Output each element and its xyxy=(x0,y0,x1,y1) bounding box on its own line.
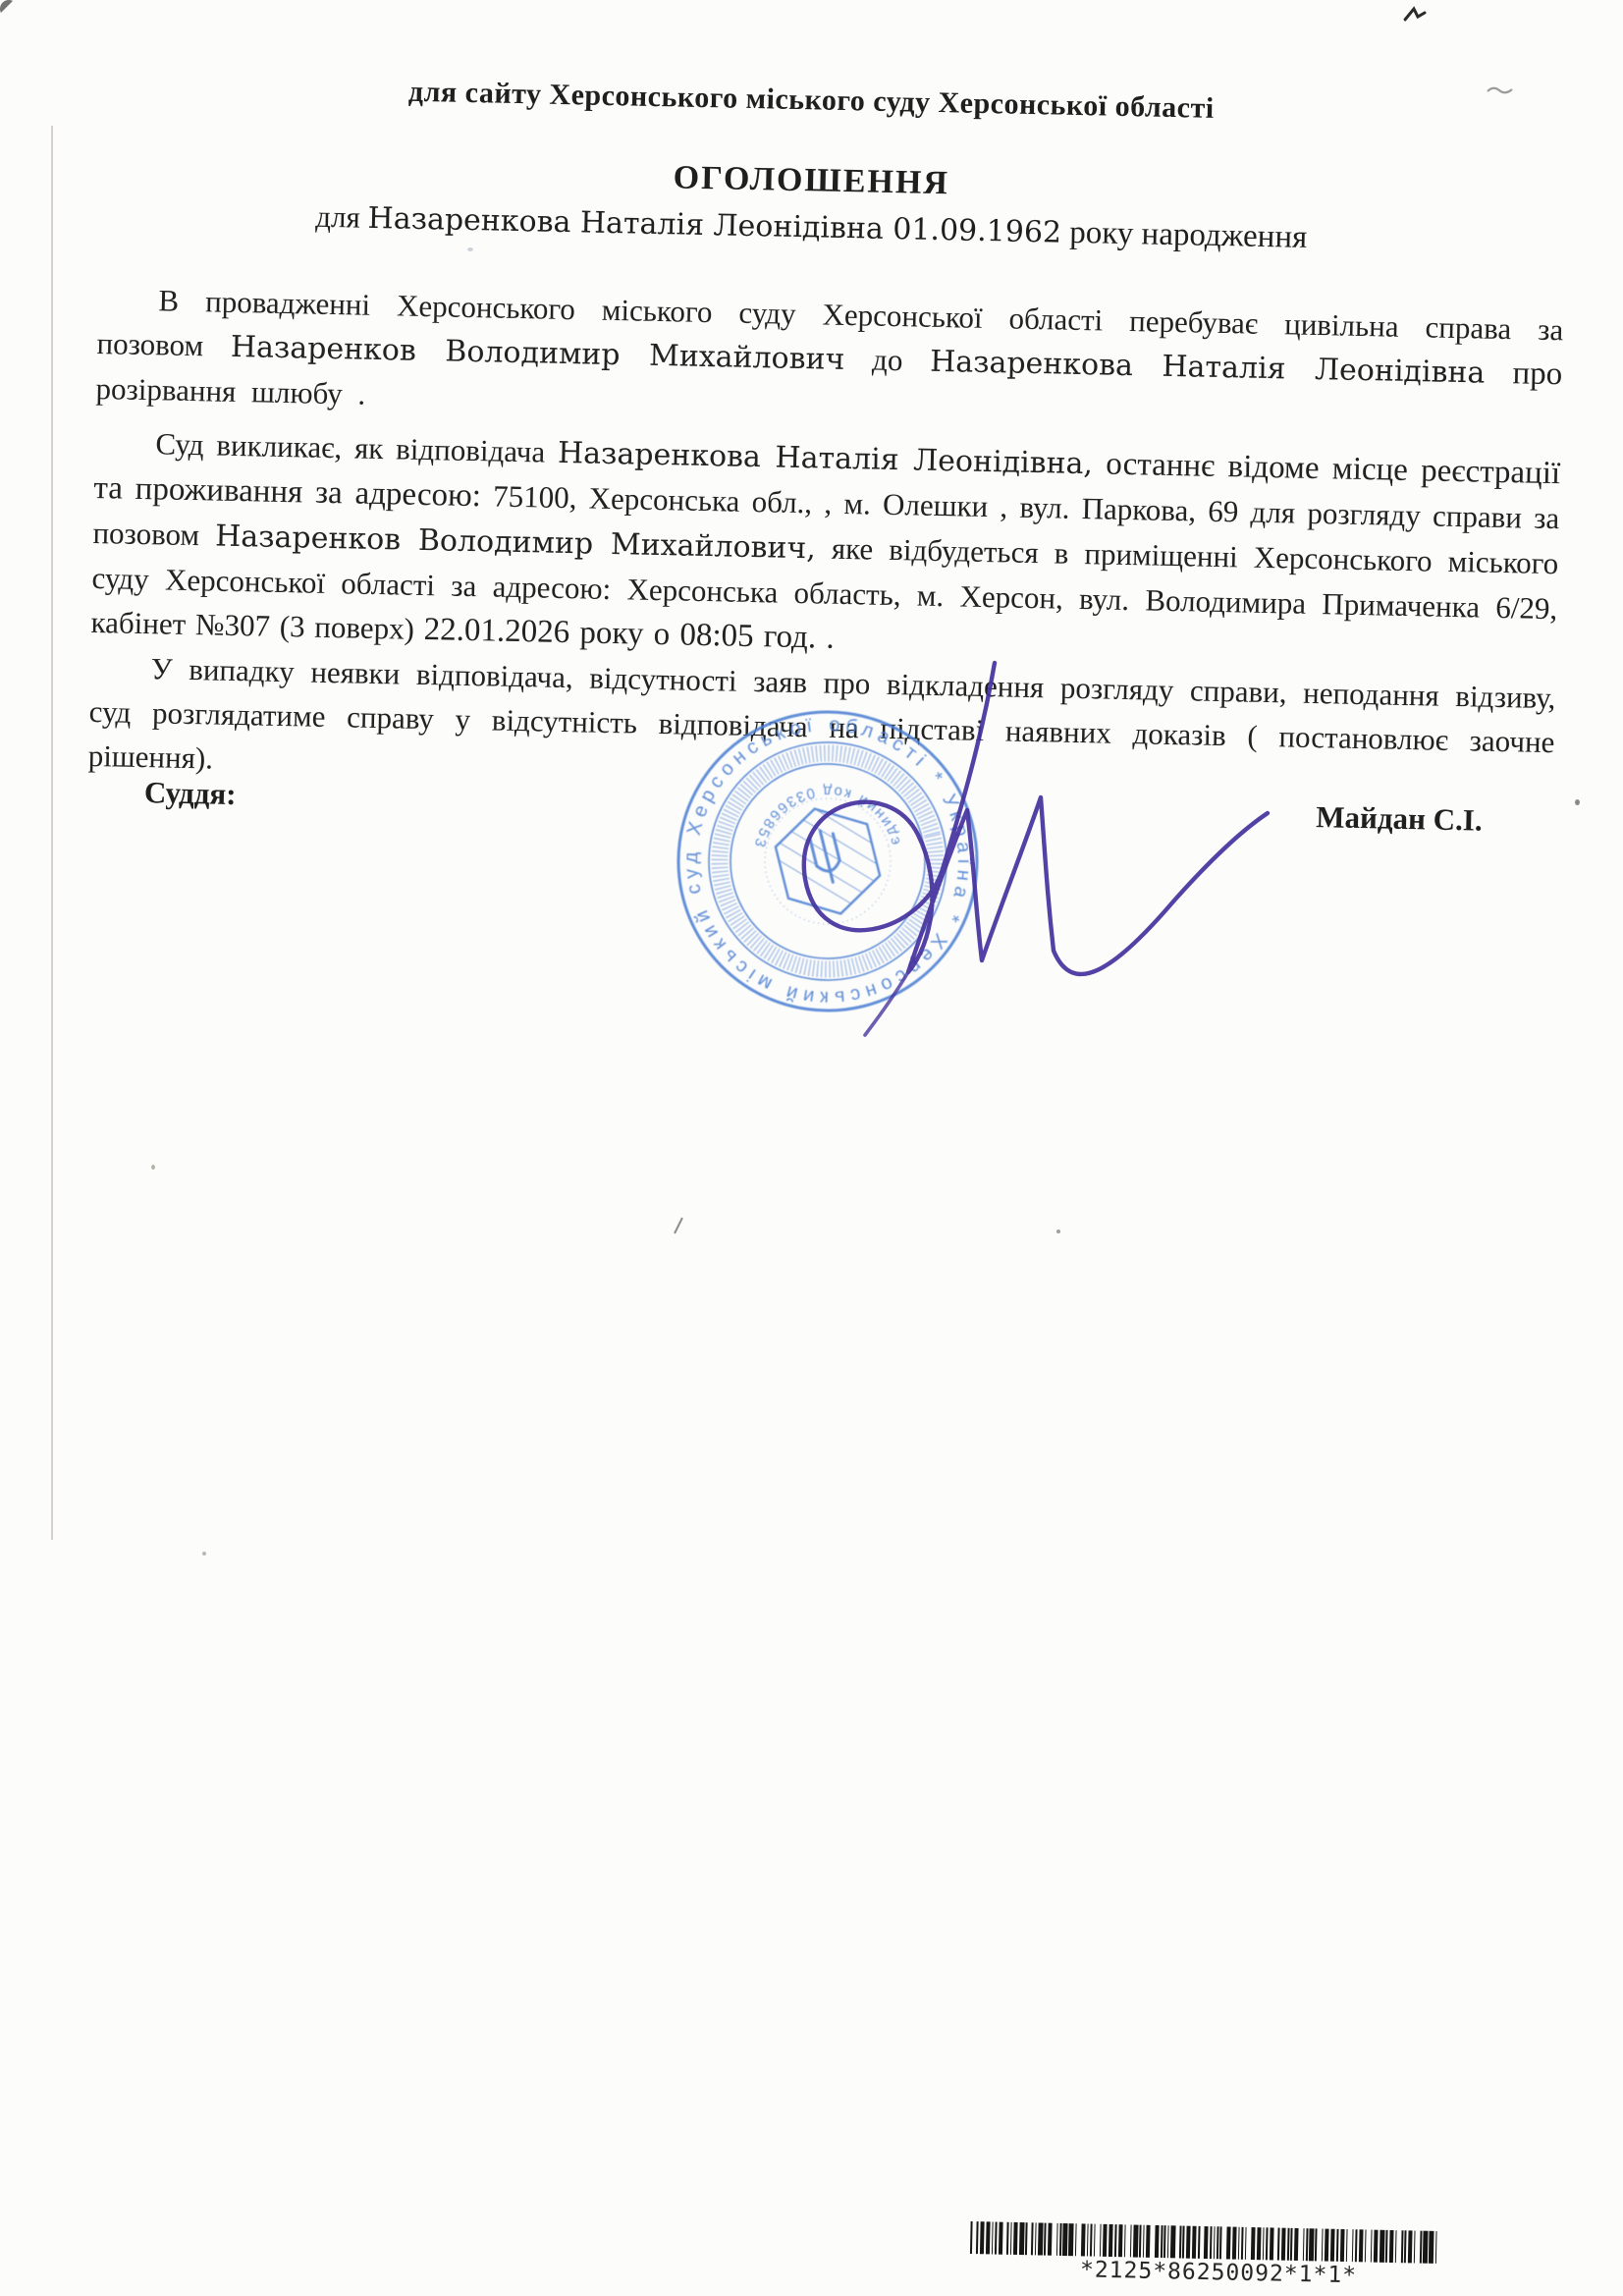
pencil-slash-mark xyxy=(672,1216,685,1235)
paragraph-1: В провадженні Херсонського міського суду… xyxy=(95,277,1564,441)
smudge-mark xyxy=(1487,84,1514,96)
scan-noise-speck xyxy=(467,247,473,251)
scanned-court-document: для сайту Херсонського міського суду Хер… xyxy=(0,0,1623,2296)
paragraph-2: Суд викликає, як відповідача Назаренкова… xyxy=(90,420,1560,676)
judge-label: Суддя: xyxy=(144,775,237,812)
judge-name: Майдан С.І. xyxy=(1316,799,1483,839)
judge-signature xyxy=(761,648,1291,1061)
signature-strokes xyxy=(761,648,1291,1061)
dust-speck xyxy=(151,1165,155,1170)
scanner-corner-mark xyxy=(0,0,18,18)
ink-dot xyxy=(1575,799,1580,805)
barcode: *2125*86250092*1*1* xyxy=(969,2221,1438,2290)
scan-artifact-line xyxy=(51,126,53,1540)
pen-mark-top-right xyxy=(1402,4,1428,26)
document-header-line: для сайту Херсонського міського суду Хер… xyxy=(0,67,1623,135)
dust-speck xyxy=(202,1552,206,1556)
dust-speck xyxy=(1056,1230,1060,1233)
